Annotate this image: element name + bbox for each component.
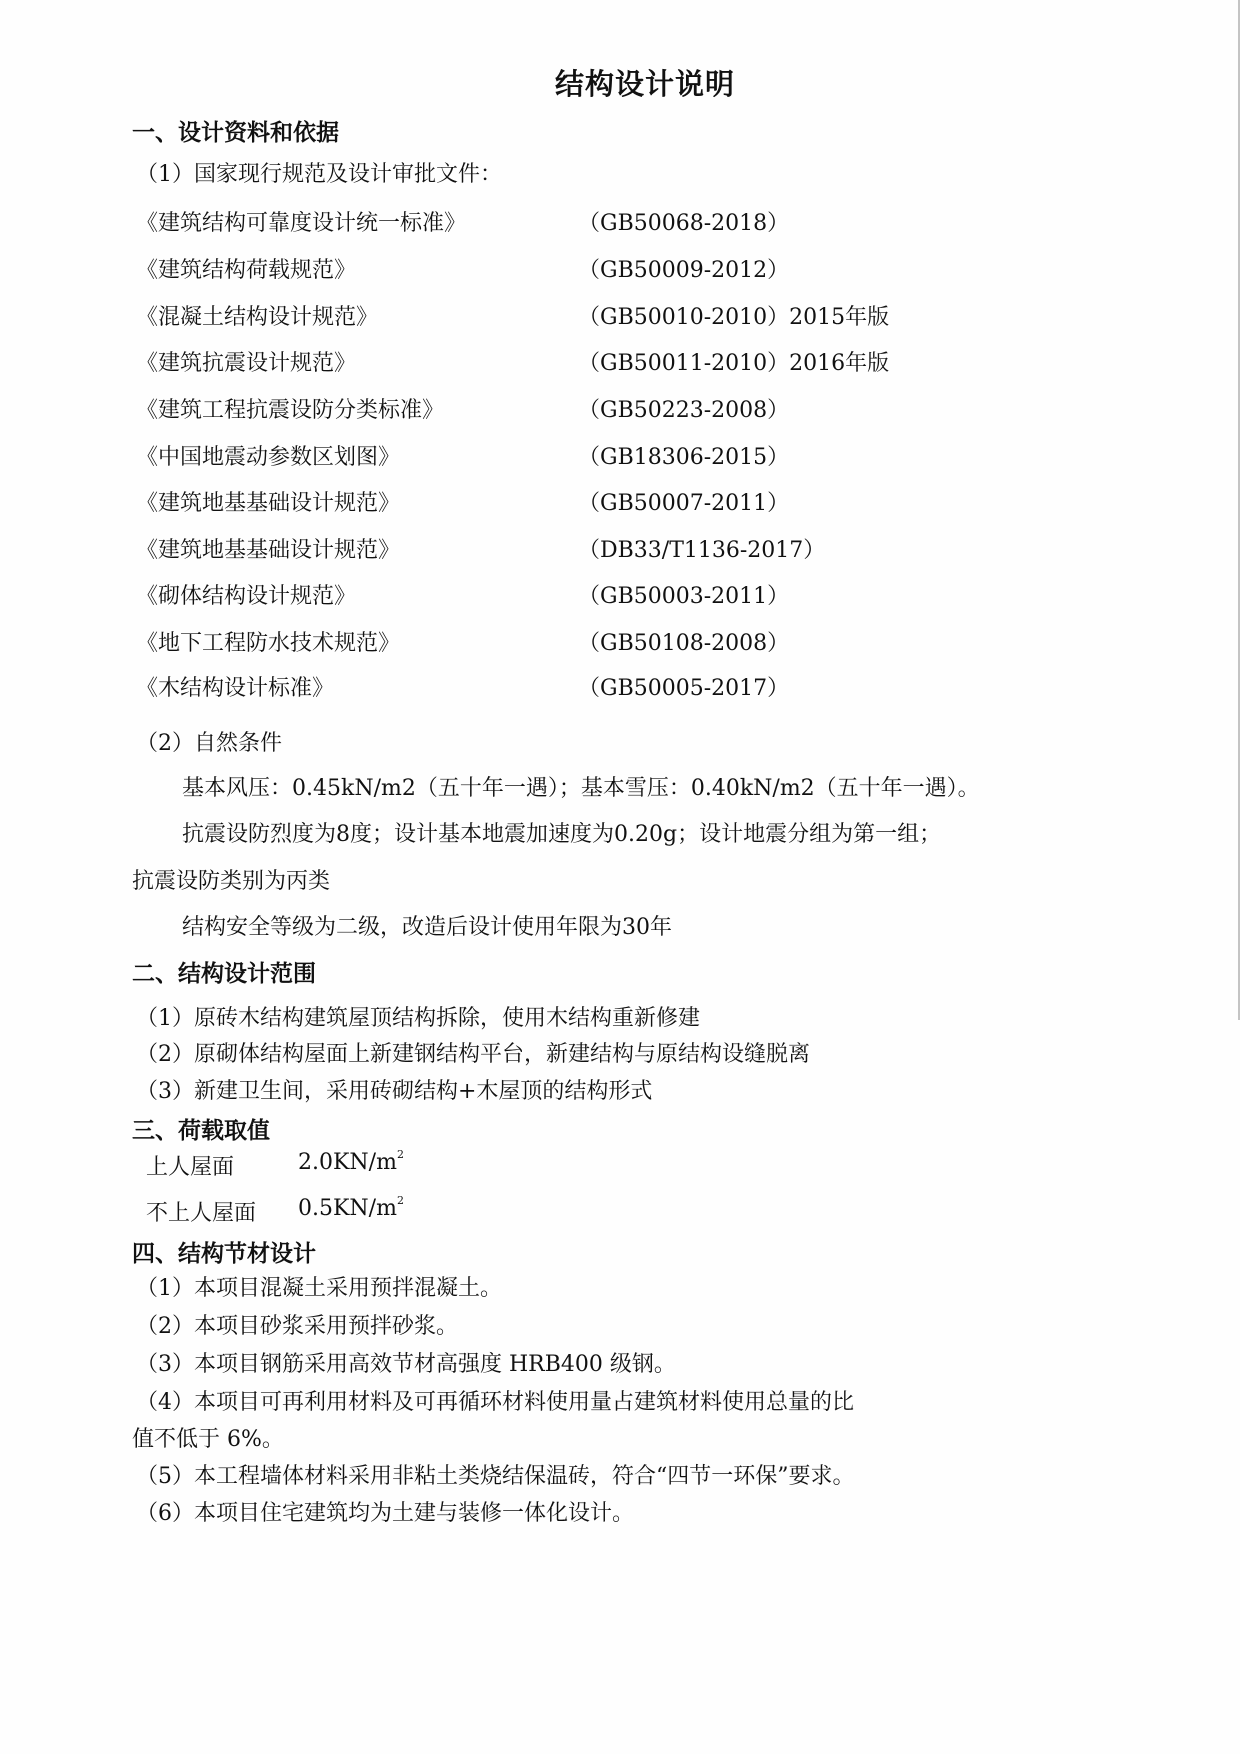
material-item-continued: 值不低于 6%。 xyxy=(132,1422,284,1453)
unit-superscript: 2 xyxy=(397,1194,404,1207)
unit-superscript: 2 xyxy=(397,1148,404,1161)
material-item: （3）本项目钢筋采用高效节材高强度 HRB400 级钢。 xyxy=(136,1347,676,1378)
material-item: （4）本项目可再利用材料及可再循环材料使用量占建筑材料使用总量的比 xyxy=(136,1385,854,1416)
standard-code: （GB50009-2012） xyxy=(578,253,789,284)
standard-name: 《建筑结构可靠度设计统一标准》 xyxy=(136,206,466,237)
standard-code: （GB50011-2010）2016年版 xyxy=(578,346,889,377)
load-value-text: 2.0KN/m xyxy=(298,1150,397,1175)
standard-name: 《建筑结构荷载规范》 xyxy=(136,253,356,284)
standard-code: （DB33/T1136-2017） xyxy=(578,533,825,564)
standard-name: 《建筑抗震设计规范》 xyxy=(136,346,356,377)
material-item: （5）本工程墙体材料采用非粘土类烧结保温砖，符合“四节一环保”要求。 xyxy=(136,1459,855,1490)
seismic-intensity-text: 抗震设防烈度为8度；设计基本地震加速度为0.20g；设计地震分组为第一组； xyxy=(182,817,941,848)
standard-name: 《建筑工程抗震设防分类标准》 xyxy=(136,393,444,424)
subsection-label-natural-conditions: （2）自然条件 xyxy=(136,726,282,757)
standard-code: （GB18306-2015） xyxy=(578,440,789,471)
section-heading-design-basis: 一、设计资料和依据 xyxy=(132,114,339,147)
material-item: （2）本项目砂浆采用预拌砂浆。 xyxy=(136,1309,458,1340)
load-value-text: 0.5KN/m xyxy=(298,1196,397,1221)
standard-name: 《建筑地基基础设计规范》 xyxy=(136,486,400,517)
material-item: （6）本项目住宅建筑均为土建与装修一体化设计。 xyxy=(136,1496,634,1527)
load-label-inaccessible-roof: 不上人屋面 xyxy=(146,1196,256,1227)
scope-item: （1）原砖木结构建筑屋顶结构拆除，使用木结构重新修建 xyxy=(136,1001,700,1032)
standard-code: （GB50108-2008） xyxy=(578,626,789,657)
wind-snow-pressure-text: 基本风压：0.45kN/m2（五十年一遇）；基本雪压：0.40kN/m2（五十年… xyxy=(182,771,980,802)
standard-name: 《砌体结构设计规范》 xyxy=(136,579,356,610)
section-heading-loads: 三、荷载取值 xyxy=(132,1112,270,1145)
standard-code: （GB50068-2018） xyxy=(578,206,789,237)
section-heading-material-saving: 四、结构节材设计 xyxy=(132,1235,316,1268)
subsection-label-standards: （1）国家现行规范及设计审批文件： xyxy=(136,157,502,188)
standard-name: 《中国地震动参数区划图》 xyxy=(136,440,400,471)
standard-name: 《地下工程防水技术规范》 xyxy=(136,626,400,657)
section-heading-design-scope: 二、结构设计范围 xyxy=(132,955,316,988)
scope-item: （3）新建卫生间，采用砖砌结构+木屋顶的结构形式 xyxy=(136,1074,652,1105)
standard-name: 《木结构设计标准》 xyxy=(136,671,334,702)
load-value-inaccessible-roof: 0.5KN/m2 xyxy=(298,1196,404,1221)
standard-code: （GB50010-2010）2015年版 xyxy=(578,300,889,331)
safety-grade-text: 结构安全等级为二级，改造后设计使用年限为30年 xyxy=(182,910,672,941)
scope-item: （2）原砌体结构屋面上新建钢结构平台，新建结构与原结构设缝脱离 xyxy=(136,1037,810,1068)
standard-code: （GB50007-2011） xyxy=(578,486,789,517)
standard-code: （GB50003-2011） xyxy=(578,579,789,610)
load-label-accessible-roof: 上人屋面 xyxy=(146,1150,234,1181)
standard-code: （GB50005-2017） xyxy=(578,671,789,702)
load-value-accessible-roof: 2.0KN/m2 xyxy=(298,1150,404,1175)
seismic-category-text: 抗震设防类别为丙类 xyxy=(132,864,330,895)
standard-name: 《建筑地基基础设计规范》 xyxy=(136,533,400,564)
standard-code: （GB50223-2008） xyxy=(578,393,789,424)
standard-name: 《混凝土结构设计规范》 xyxy=(136,300,378,331)
document-title: 结构设计说明 xyxy=(0,62,1240,103)
material-item: （1）本项目混凝土采用预拌混凝土。 xyxy=(136,1271,502,1302)
